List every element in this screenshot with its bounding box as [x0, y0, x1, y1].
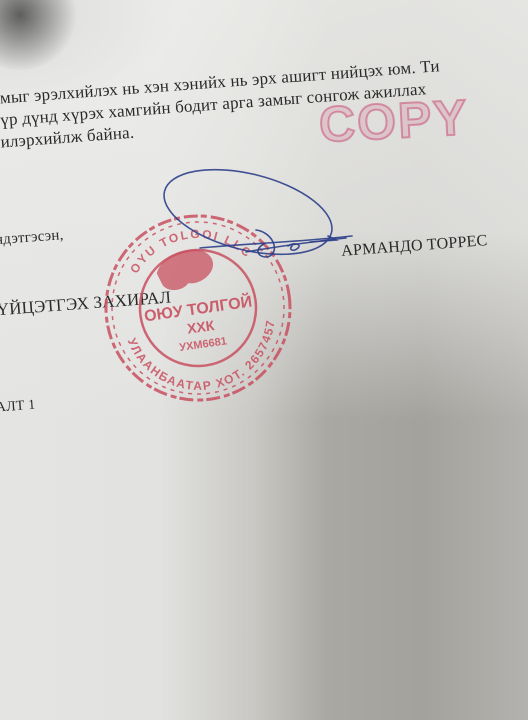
- annex-label: АЛТ 1: [0, 398, 36, 417]
- copy-stamp-text: COPY: [318, 89, 470, 153]
- signer-name: АРМАНДО ТОРРЕС: [341, 232, 488, 261]
- seal-center-code: УХМ6681: [179, 335, 228, 354]
- seal-center-type: ХХК: [186, 317, 216, 337]
- copy-stamp: COPY: [318, 88, 471, 154]
- closing-salutation: хүндэтгэсэн,: [0, 227, 64, 250]
- handwritten-signature: [160, 160, 360, 270]
